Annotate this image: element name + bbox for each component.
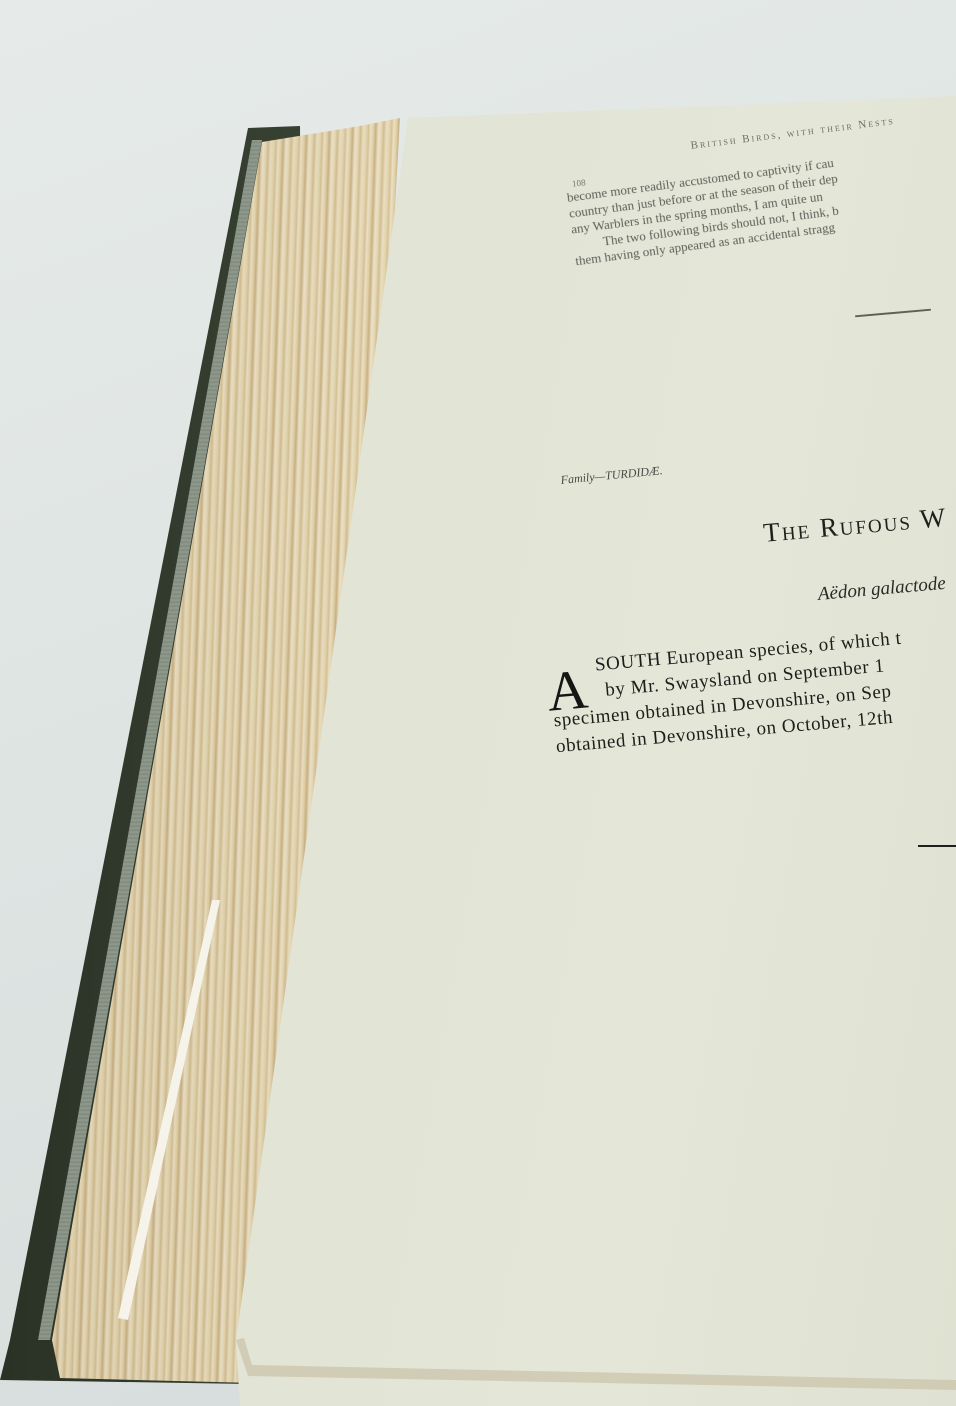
book-photo: British Birds, with their Nests 108 beco… xyxy=(0,0,956,1406)
family-label: Family—TURDIDÆ. xyxy=(560,463,663,488)
page-text-layer: British Birds, with their Nests 108 beco… xyxy=(0,0,956,1406)
entry-title: The Rufous W xyxy=(762,502,949,549)
latin-name: Aëdon galactode xyxy=(817,573,947,606)
running-head: British Birds, with their Nests xyxy=(690,115,895,152)
section-divider-rule xyxy=(855,309,931,318)
end-divider-rule xyxy=(918,845,956,847)
previous-paragraph: become more readily accustomed to captiv… xyxy=(566,122,956,269)
